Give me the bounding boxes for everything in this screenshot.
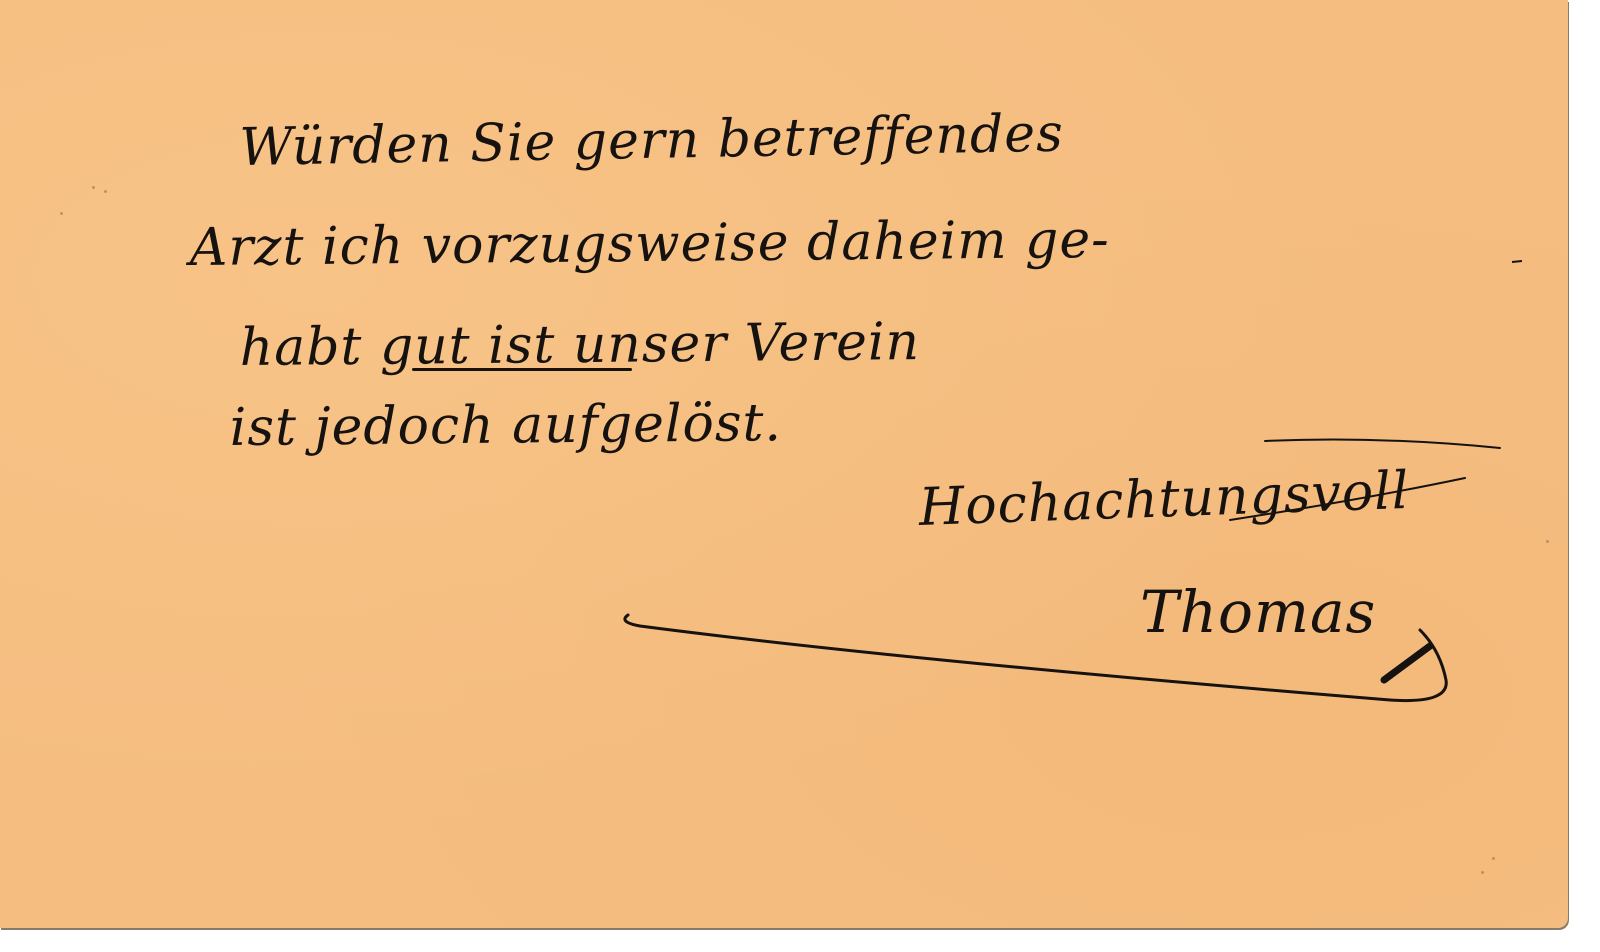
postcard: Würden Sie gern betreffendes Arzt ich vo… [0, 0, 1568, 928]
signature-flourish-icon [0, 0, 1568, 928]
